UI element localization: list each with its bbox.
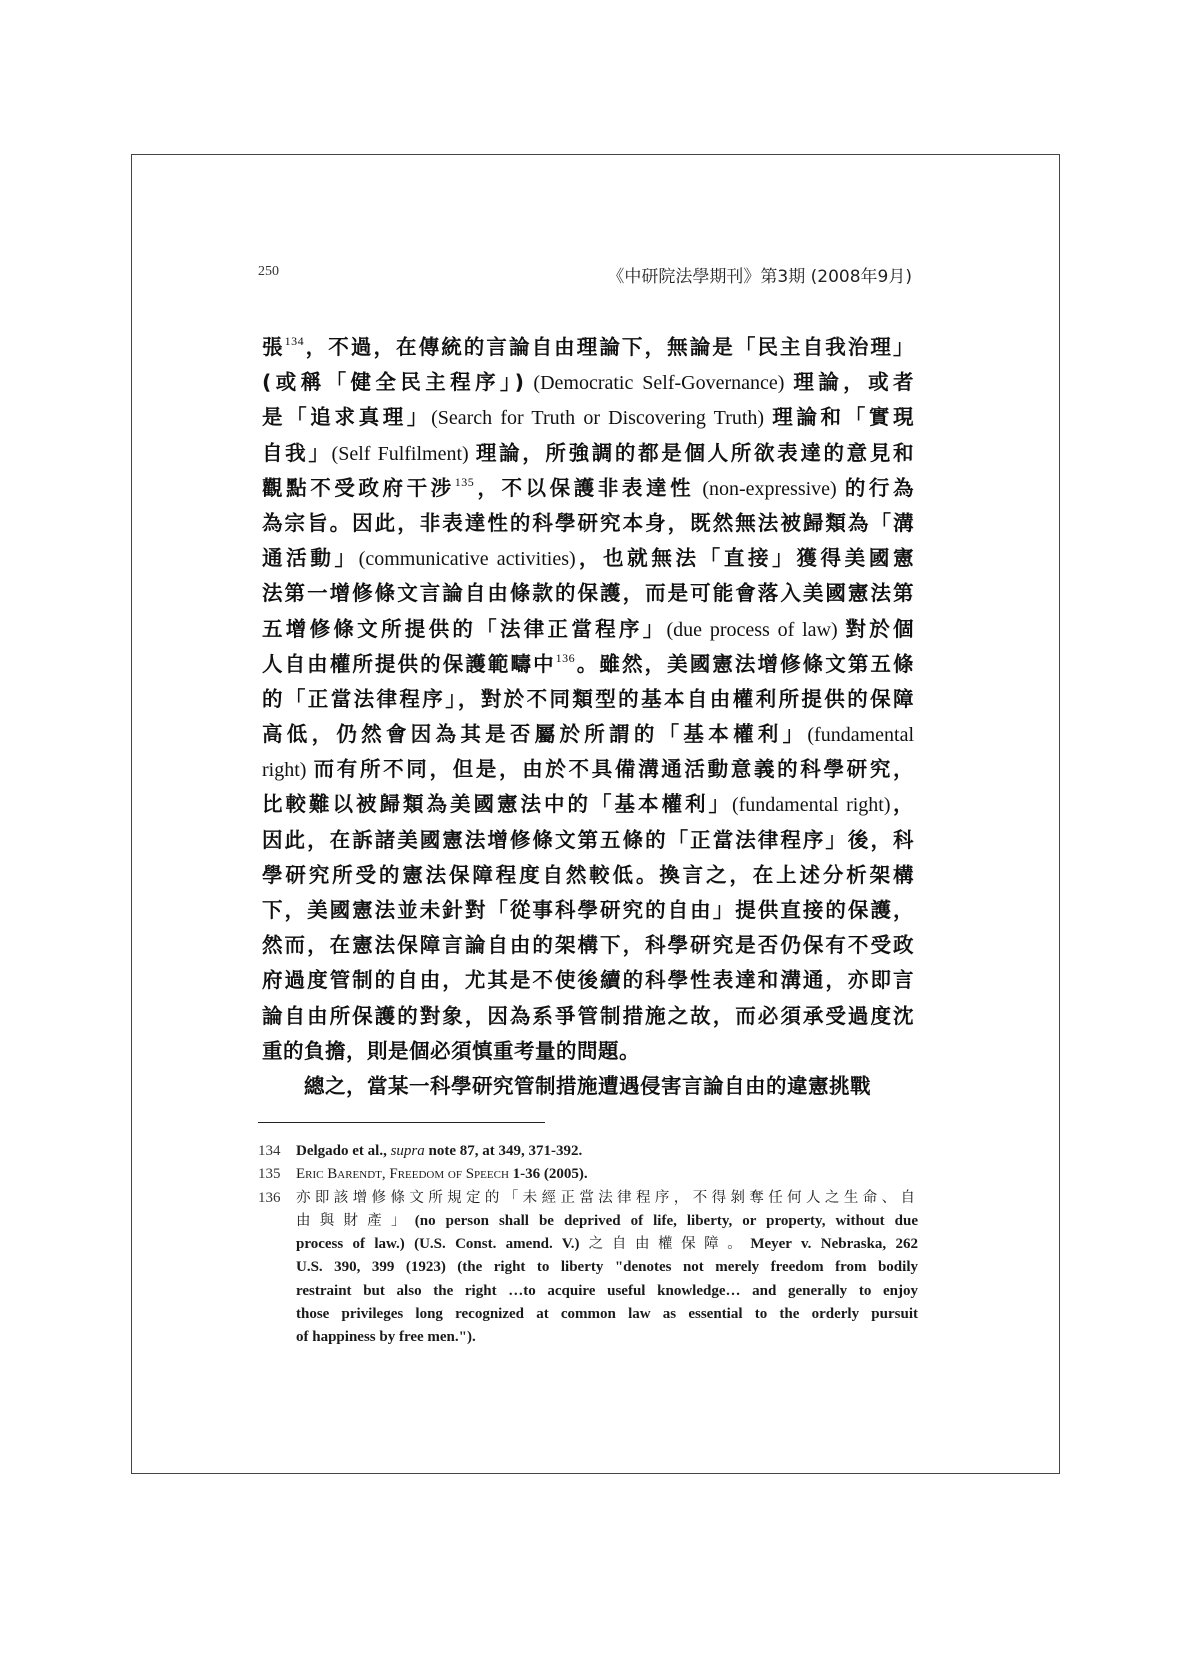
text-run: 而有所不同，但是，由於不具備溝通活動意義的科學研究， <box>314 757 914 781</box>
footnote-134: 134Delgado et al., supra note 87, at 349… <box>258 1140 918 1163</box>
body-line: 學研究所受的憲法保障程度自然較低。換言之，在上述分析架構 <box>262 858 914 893</box>
text-run: 觀點不受政府干涉 <box>262 476 455 500</box>
english-term: (Democratic Self-Governance) <box>525 372 794 394</box>
body-line: 重的負擔，則是個必須慎重考量的問題。 <box>262 1034 914 1069</box>
text-run: 由與財產」 <box>296 1213 415 1229</box>
text-run: ，也就無法「直接」獲得美國憲 <box>576 546 914 570</box>
text-run: Delgado et al., <box>296 1143 391 1159</box>
page-number: 250 <box>258 264 279 280</box>
text-run: those privileges long recognized at comm… <box>296 1306 918 1322</box>
text-run: 理論，或者 <box>793 370 914 394</box>
body-line: 高低，仍然會因為其是否屬於所謂的「基本權利」(fundamental <box>262 717 914 752</box>
text-run: 學研究所受的憲法保障程度自然較低。換言之，在上述分析架構 <box>262 863 914 887</box>
text-run: 比較難以被歸類為美國憲法中的「基本權利」 <box>262 792 732 816</box>
footnote-line: U.S. 390, 399 (1923) (the right to liber… <box>296 1256 918 1279</box>
english-term: (non-expressive) <box>694 478 845 500</box>
text-run: ，不過，在傳統的言論自由理論下，無論是「民主自我治理」 <box>304 335 914 359</box>
footnotes: 134Delgado et al., supra note 87, at 349… <box>258 1140 918 1350</box>
body-line: 府過度管制的自由，尤其是不使後續的科學性表達和溝通，亦即言 <box>262 963 914 998</box>
text-run: 重的負擔，則是個必須慎重考量的問題。 <box>262 1039 640 1063</box>
text-run: 是「追求真理」 <box>262 405 431 429</box>
text-run: 亦即該增修條文所規定的「未經正當法律程序，不得剝奪任何人之生命、自 <box>296 1190 918 1206</box>
body-line: 下，美國憲法並未針對「從事科學研究的自由」提供直接的保護， <box>262 893 914 928</box>
footnote-line: 由與財產」(no person shall be deprived of lif… <box>296 1210 918 1233</box>
text-run: 自我」 <box>262 441 332 465</box>
body-line: 觀點不受政府干涉135，不以保護非表達性 (non-expressive) 的行… <box>262 471 914 506</box>
text-run: 理論和「實現 <box>772 405 914 429</box>
text-run: 然而，在憲法保障言論自由的架構下，科學研究是否仍保有不受政 <box>262 933 914 957</box>
footnote-line: restraint but also the right …to acquire… <box>296 1280 918 1303</box>
body-line: 自我」(Self Fulfilment) 理論，所強調的都是個人所欲表達的意見和 <box>262 436 914 471</box>
body-line: 的「正當法律程序」，對於不同類型的基本自由權利所提供的保障 <box>262 682 914 717</box>
body-line: 然而，在憲法保障言論自由的架構下，科學研究是否仍保有不受政 <box>262 928 914 963</box>
text-run: ， <box>891 792 915 816</box>
english-term: (Search for Truth or Discovering Truth) <box>431 407 772 429</box>
italic-citation: supra <box>391 1143 425 1159</box>
text-run: 的「正當法律程序」，對於不同類型的基本自由權利所提供的保障 <box>262 687 914 711</box>
text-run: 張 <box>262 335 285 359</box>
text-run: of happiness by free men."). <box>296 1329 476 1345</box>
text-run: 。雖然，美國憲法增修條文第五條 <box>575 652 914 676</box>
footnote-ref[interactable]: 134 <box>285 334 305 348</box>
footnote-line: Delgado et al., supra note 87, at 349, 3… <box>296 1140 918 1163</box>
footnote-divider <box>258 1122 545 1123</box>
text-run: note 87, at 349, 371-392. <box>425 1143 583 1159</box>
body-line: 論自由所保護的對象，因為系爭管制措施之故，而必須承受過度沈 <box>262 999 914 1034</box>
footnote-number: 134 <box>258 1140 281 1163</box>
body-line: 人自由權所提供的保護範疇中136。雖然，美國憲法增修條文第五條 <box>262 647 914 682</box>
text-run: 人自由權所提供的保護範疇中 <box>262 652 556 676</box>
text-run: process of law.) (U.S. Const. amend. V.) <box>296 1236 589 1252</box>
body-line: 五增修條文所提供的「法律正當程序」(due process of law) 對於… <box>262 612 914 647</box>
body-line: 法第一增修條文言論自由條款的保護，而是可能會落入美國憲法第 <box>262 576 914 611</box>
body-line: (或稱「健全民主程序」) (Democratic Self-Governance… <box>262 365 914 400</box>
footnote-number: 135 <box>258 1163 281 1186</box>
text-run: 高低，仍然會因為其是否屬於所謂的「基本權利」 <box>262 722 807 746</box>
text-run: 論自由所保護的對象，因為系爭管制措施之故，而必須承受過度沈 <box>262 1004 914 1028</box>
body-line: 是「追求真理」(Search for Truth or Discovering … <box>262 400 914 435</box>
text-run: restraint but also the right …to acquire… <box>296 1283 918 1299</box>
text-run: 因此，在訴諸美國憲法增修條文第五條的「正當法律程序」後，科 <box>262 828 914 852</box>
footnote-line: Eric Barendt, Freedom of Speech 1-36 (20… <box>296 1163 918 1186</box>
text-run: U.S. 390, 399 (1923) (the right to liber… <box>296 1259 918 1275</box>
footnote-line: process of law.) (U.S. Const. amend. V.)… <box>296 1233 918 1256</box>
footnote-number: 136 <box>258 1187 281 1210</box>
body-line: 比較難以被歸類為美國憲法中的「基本權利」(fundamental right)， <box>262 787 914 822</box>
body-line: right) 而有所不同，但是，由於不具備溝通活動意義的科學研究， <box>262 752 914 787</box>
text-run: 理論，所強調的都是個人所欲表達的意見和 <box>476 441 914 465</box>
running-title: 《中研院法學期刊》第3期 (2008年9月) <box>607 262 912 287</box>
text-run: 1-36 (2005). <box>509 1166 588 1182</box>
body-line: 為宗旨。因此，非表達性的科學研究本身，既然無法被歸類為「溝 <box>262 506 914 541</box>
footnote-136: 136亦即該增修條文所規定的「未經正當法律程序，不得剝奪任何人之生命、自由與財產… <box>258 1187 918 1350</box>
text-run: 為宗旨。因此，非表達性的科學研究本身，既然無法被歸類為「溝 <box>262 511 914 535</box>
text-run: 通活動」 <box>262 546 359 570</box>
text-run: 的行為 <box>845 476 914 500</box>
text-run: (或稱「健全民主程序」) <box>262 370 525 394</box>
text-run: 對於個 <box>845 617 914 641</box>
footnote-135: 135Eric Barendt, Freedom of Speech 1-36 … <box>258 1163 918 1186</box>
footnote-line: those privileges long recognized at comm… <box>296 1303 918 1326</box>
text-run: Meyer v. Nebraska, 262 <box>750 1236 918 1252</box>
english-term: (fundamental right) <box>732 794 891 816</box>
english-term: (Self Fulfilment) <box>332 443 476 465</box>
english-term: (due process of law) <box>667 619 846 641</box>
english-term: right) <box>262 759 314 781</box>
body-text: 張134，不過，在傳統的言論自由理論下，無論是「民主自我治理」(或稱「健全民主程… <box>262 330 914 1104</box>
english-term: (fundamental <box>807 724 914 746</box>
text-run: 之自由權保障。 <box>589 1236 751 1252</box>
text-run: 總之，當某一科學研究管制措施遭遇侵害言論自由的違憲挑戰 <box>304 1074 871 1098</box>
text-run: (no person shall be deprived of life, li… <box>415 1213 918 1229</box>
text-run: 府過度管制的自由，尤其是不使後續的科學性表達和溝通，亦即言 <box>262 968 914 992</box>
page-header: 250 《中研院法學期刊》第3期 (2008年9月) <box>258 262 912 284</box>
body-line: 張134，不過，在傳統的言論自由理論下，無論是「民主自我治理」 <box>262 330 914 365</box>
footnote-line: 亦即該增修條文所規定的「未經正當法律程序，不得剝奪任何人之生命、自 <box>296 1187 918 1210</box>
footnote-ref[interactable]: 136 <box>556 651 576 665</box>
body-line: 通活動」(communicative activities)，也就無法「直接」獲… <box>262 541 914 576</box>
text-run: 五增修條文所提供的「法律正當程序」 <box>262 617 667 641</box>
text-run: 下，美國憲法並未針對「從事科學研究的自由」提供直接的保護， <box>262 898 914 922</box>
text-run: 法第一增修條文言論自由條款的保護，而是可能會落入美國憲法第 <box>262 581 914 605</box>
footnote-ref[interactable]: 135 <box>455 475 475 489</box>
english-term: (communicative activities) <box>359 548 576 570</box>
body-line: 總之，當某一科學研究管制措施遭遇侵害言論自由的違憲挑戰 <box>262 1069 914 1104</box>
footnote-line: of happiness by free men."). <box>296 1326 918 1349</box>
small-caps-citation: Eric Barendt, Freedom of Speech <box>296 1166 509 1182</box>
body-line: 因此，在訴諸美國憲法增修條文第五條的「正當法律程序」後，科 <box>262 823 914 858</box>
text-run: ，不以保護非表達性 <box>474 476 694 500</box>
